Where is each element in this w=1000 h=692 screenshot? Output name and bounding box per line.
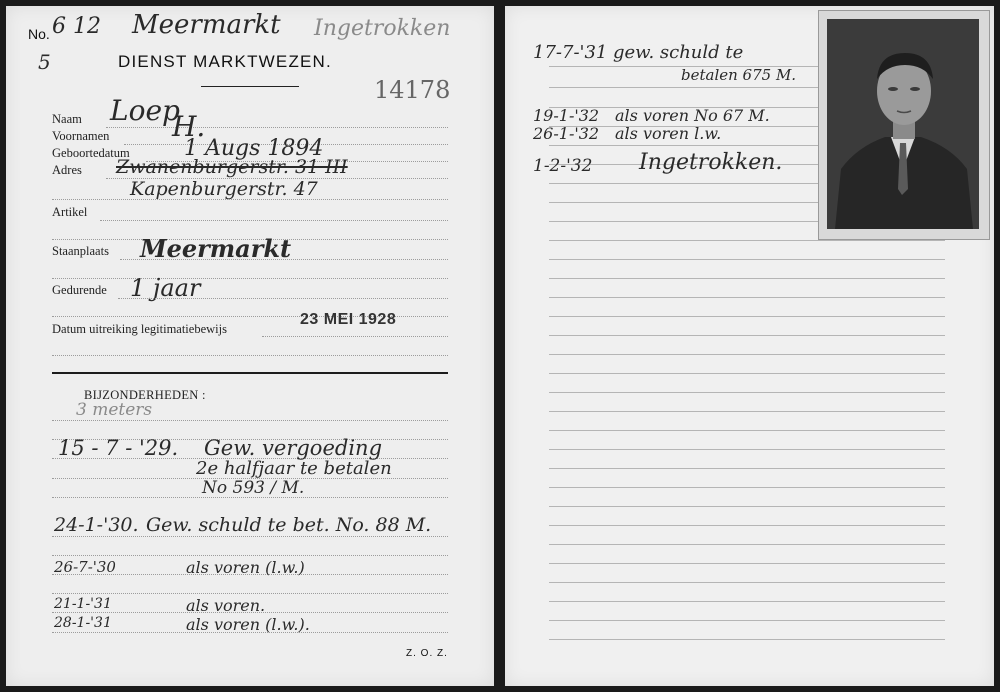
status-revoked-faint: Ingetrokken (314, 16, 450, 41)
entry-date: 19-1-'32 (533, 106, 599, 125)
number-label: No. (28, 26, 50, 42)
field-label-datum-uitreiking: Datum uitreiking legitimatiebewijs (52, 322, 227, 337)
field-line (120, 259, 448, 260)
ruled-line (549, 240, 945, 241)
ruled-line (549, 392, 945, 393)
ruled-line (549, 468, 945, 469)
field-line (106, 127, 448, 128)
ruled-line (52, 593, 448, 594)
entry-text: Gew. schuld te bet. No. 88 M. (146, 514, 431, 536)
ruled-line (549, 259, 945, 260)
header-underline (201, 86, 299, 87)
field-label-adres: Adres (52, 163, 82, 178)
ruled-line (549, 582, 945, 583)
ruled-line (549, 335, 945, 336)
bijzonderheden-note: 3 meters (76, 400, 152, 420)
entry-date: 21-1-'31 (54, 596, 112, 612)
ruled-line (549, 563, 945, 564)
field-label-staanplaats: Staanplaats (52, 244, 109, 259)
ruled-line (549, 430, 945, 431)
entry-text-revoked: Ingetrokken. (639, 150, 782, 175)
ruled-line (549, 506, 945, 507)
ruled-line (549, 525, 945, 526)
ruled-line (52, 536, 448, 537)
entry-text: als voren (l.w.) (186, 558, 305, 577)
market-name-handwritten: Meermarkt (132, 10, 281, 40)
entry-text: 2e halfjaar te betalen (196, 458, 392, 479)
field-value-naam: Loep (110, 94, 180, 127)
entry-text: als voren l.w. (615, 124, 721, 143)
field-line (106, 178, 448, 179)
ruled-line (549, 601, 945, 602)
entry-date: 26-7-'30 (54, 558, 116, 576)
field-label-artikel: Artikel (52, 205, 87, 220)
footer-zoz: Z. O. Z. (406, 648, 448, 659)
entry-date: 1-2-'32 (533, 156, 592, 176)
card-front: No. 6 12 Meermarkt Ingetrokken 5 DIENST … (6, 6, 494, 686)
field-line (262, 336, 448, 337)
ruled-line (52, 555, 448, 556)
field-label-naam: Naam (52, 112, 82, 127)
entry-date: 17-7-'31 (533, 42, 607, 63)
ruled-line (549, 354, 945, 355)
ruled-line (549, 620, 945, 621)
ruled-line (549, 544, 945, 545)
entry-date: 15 - 7 - '29. (58, 436, 178, 460)
entry-date: 26-1-'32 (533, 124, 599, 143)
field-label-gedurende: Gedurende (52, 283, 107, 298)
entry-text: No 593 / M. (202, 478, 304, 498)
person-silhouette-icon (827, 19, 979, 229)
ruled-line (549, 373, 945, 374)
ruled-line (52, 420, 448, 421)
entry-text: betalen 675 M. (681, 66, 796, 84)
field-value-adres-struck: Zwanenburgerstr. 31 III (116, 156, 348, 178)
card-number: 6 12 (52, 14, 101, 39)
field-line (52, 355, 448, 356)
field-line (100, 220, 448, 221)
entry-date: 28-1-'31 (54, 615, 112, 631)
field-value-adres-new: Kapenburgerstr. 47 (130, 178, 318, 200)
portrait-photo (818, 10, 990, 240)
ruled-line (549, 316, 945, 317)
ruled-line (549, 297, 945, 298)
ruled-line (549, 639, 945, 640)
ruled-line (549, 411, 945, 412)
field-line (52, 199, 448, 200)
photo-image (827, 19, 979, 229)
ruled-line (549, 487, 945, 488)
field-line (118, 298, 448, 299)
entry-date: 24-1-'30. (54, 514, 139, 536)
entry-text: als voren No 67 M. (615, 106, 770, 125)
entry-text: als voren. (186, 596, 265, 615)
field-label-voornamen: Voornamen (52, 129, 109, 144)
margin-number: 5 (38, 50, 51, 74)
header-title: DIENST MARKTWEZEN. (118, 52, 332, 72)
section-divider (52, 372, 448, 374)
entry-text: gew. schuld te (613, 42, 743, 63)
registration-number: 14178 (374, 76, 450, 104)
ruled-line (549, 449, 945, 450)
field-line (52, 278, 448, 279)
entry-text: als voren (l.w.). (186, 615, 310, 634)
entry-text: Gew. vergoeding (204, 436, 382, 460)
issue-date-stamp: 23 MEI 1928 (300, 311, 396, 329)
ruled-line (549, 278, 945, 279)
